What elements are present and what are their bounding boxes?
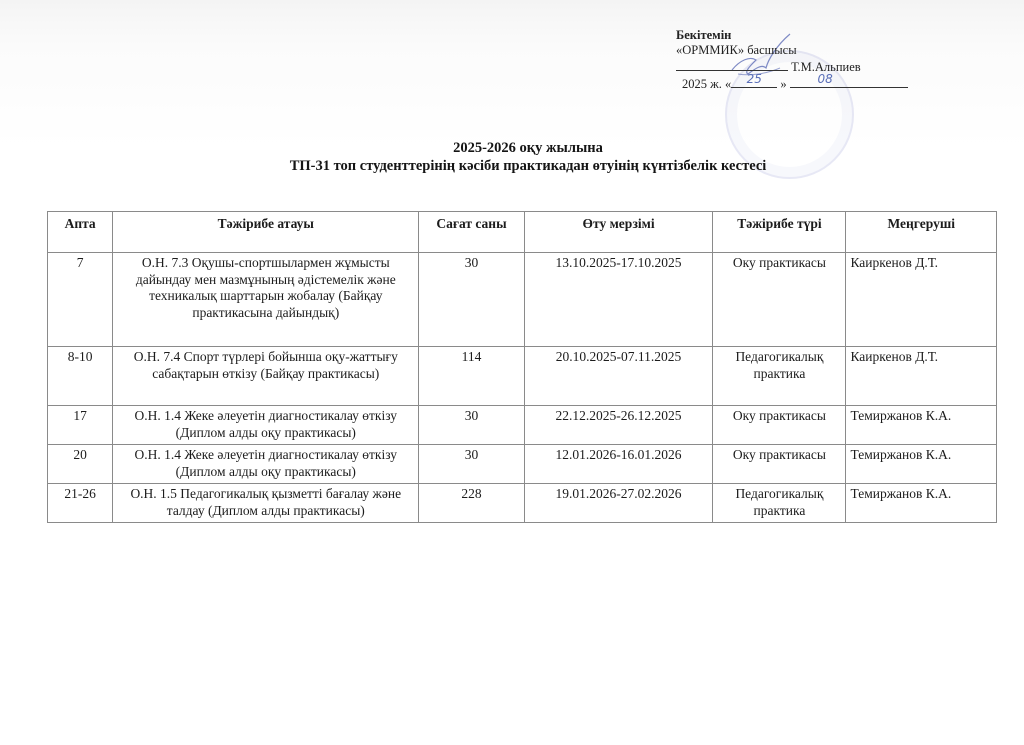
cell-practice-name: О.Н. 1.4 Жеке әлеуетін диагностикалау өт… (113, 445, 419, 484)
header-hours: Сағат саны (419, 212, 524, 253)
cell-practice-type: Педагогикалық практика (713, 484, 846, 523)
cell-manager: Темиржанов К.А. (846, 484, 997, 523)
table-row: 21-26 О.Н. 1.5 Педагогикалық қызметті ба… (48, 484, 997, 523)
cell-week: 20 (48, 445, 113, 484)
cell-manager: Темиржанов К.А. (846, 445, 997, 484)
cell-hours: 30 (419, 406, 524, 445)
cell-period: 13.10.2025-17.10.2025 (524, 253, 713, 347)
cell-manager: Каиркенов Д.Т. (846, 253, 997, 347)
title-line-1: 2025-2026 оқу жылына (0, 139, 1024, 157)
table-row: 8-10 О.Н. 7.4 Спорт түрлері бойынша оқу-… (48, 347, 997, 406)
cell-practice-type: Педагогикалық практика (713, 347, 846, 406)
date-mid: » (780, 77, 786, 91)
cell-practice-type: Оку практикасы (713, 445, 846, 484)
cell-practice-name: О.Н. 7.3 Оқушы-спортшылармен жұмысты дай… (113, 253, 419, 347)
cell-hours: 30 (419, 445, 524, 484)
cell-period: 12.01.2026-16.01.2026 (524, 445, 713, 484)
cell-week: 17 (48, 406, 113, 445)
practice-schedule-table: Апта Тәжірибе атауы Сағат саны Өту мерзі… (47, 211, 997, 523)
table-row: 20 О.Н. 1.4 Жеке әлеуетін диагностикалау… (48, 445, 997, 484)
table-header-row: Апта Тәжірибе атауы Сағат саны Өту мерзі… (48, 212, 997, 253)
cell-practice-type: Оку практикасы (713, 406, 846, 445)
signature-line (676, 58, 788, 71)
cell-manager: Темиржанов К.А. (846, 406, 997, 445)
cell-period: 19.01.2026-27.02.2026 (524, 484, 713, 523)
date-month: 08 (818, 72, 833, 87)
table-row: 7 О.Н. 7.3 Оқушы-спортшылармен жұмысты д… (48, 253, 997, 347)
cell-week: 21-26 (48, 484, 113, 523)
cell-hours: 228 (419, 484, 524, 523)
approver-position: «ОРММИК» басшысы (676, 43, 916, 58)
approval-date: 2025 ж. «25 » 08 (682, 75, 916, 92)
cell-hours: 30 (419, 253, 524, 347)
cell-week: 7 (48, 253, 113, 347)
header-practice-name: Тәжірибе атауы (113, 212, 419, 253)
approved-label: Бекітемін (676, 28, 916, 43)
date-day: 25 (747, 72, 762, 87)
table-row: 17 О.Н. 1.4 Жеке әлеуетін диагностикалау… (48, 406, 997, 445)
header-practice-type: Тәжірибе түрі (713, 212, 846, 253)
cell-week: 8-10 (48, 347, 113, 406)
document-title: 2025-2026 оқу жылына ТП-31 топ студентте… (0, 139, 1024, 175)
cell-practice-name: О.Н. 1.4 Жеке әлеуетін диагностикалау өт… (113, 406, 419, 445)
cell-practice-name: О.Н. 1.5 Педагогикалық қызметті бағалау … (113, 484, 419, 523)
approval-block: Бекітемін «ОРММИК» басшысы Т.М.Альпиев 2… (676, 28, 916, 92)
signature-row: Т.М.Альпиев (676, 58, 916, 75)
title-line-2: ТП-31 топ студенттерінің кәсіби практика… (0, 157, 1024, 175)
cell-practice-type: Оку практикасы (713, 253, 846, 347)
date-prefix: 2025 ж. « (682, 77, 731, 91)
header-period: Өту мерзімі (524, 212, 713, 253)
cell-practice-name: О.Н. 7.4 Спорт түрлері бойынша оқу-жатты… (113, 347, 419, 406)
header-week: Апта (48, 212, 113, 253)
date-month-blank: 08 (790, 75, 908, 88)
cell-period: 22.12.2025-26.12.2025 (524, 406, 713, 445)
cell-hours: 114 (419, 347, 524, 406)
cell-manager: Каиркенов Д.Т. (846, 347, 997, 406)
date-day-blank: 25 (731, 75, 777, 88)
header-manager: Меңгеруші (846, 212, 997, 253)
cell-period: 20.10.2025-07.11.2025 (524, 347, 713, 406)
